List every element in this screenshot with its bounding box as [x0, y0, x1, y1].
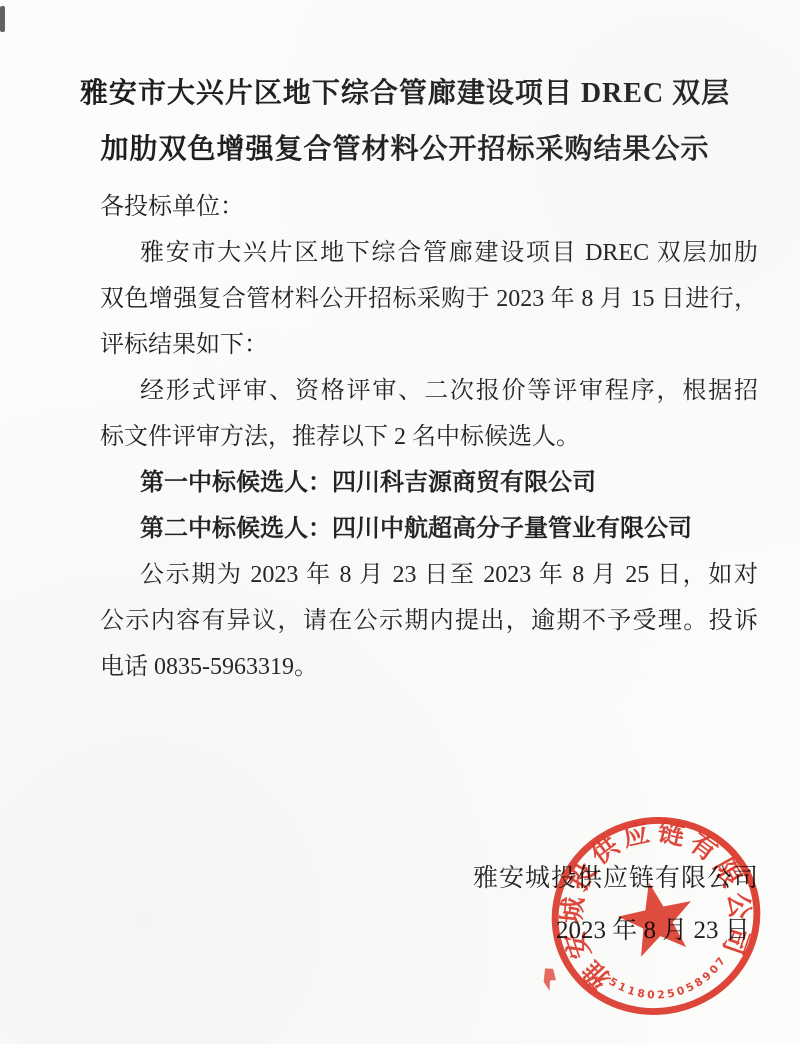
document-title: 雅安市大兴片区地下综合管廊建设项目 DREC 双层 加肋双色增强复合管材料公开招…	[60, 66, 750, 178]
paragraph-line: 雅安市大兴片区地下综合管廊建设项目 DREC 双层加肋	[100, 230, 758, 276]
contact-phone-line: 电话 0835-5963319。	[100, 644, 758, 690]
salutation-line: 各投标单位：	[100, 184, 758, 230]
paragraph-line: 公示期为 2023 年 8 月 23 日至 2023 年 8 月 25 日，如对	[100, 552, 758, 598]
paragraph-line: 标文件评审方法，推荐以下 2 名中标候选人。	[100, 414, 758, 460]
paragraph-line: 经形式评审、资格评审、二次报价等评审程序，根据招	[100, 368, 758, 414]
document-page: 雅安市大兴片区地下综合管廊建设项目 DREC 双层 加肋双色增强复合管材料公开招…	[0, 0, 800, 1044]
document-body: 各投标单位： 雅安市大兴片区地下综合管廊建设项目 DREC 双层加肋 双色增强复…	[100, 184, 758, 690]
paragraph-line: 双色增强复合管材料公开招标采购于 2023 年 8 月 15 日进行，	[100, 276, 758, 322]
second-candidate-line: 第二中标候选人：四川中航超高分子量管业有限公司	[100, 506, 758, 552]
company-seal: 雅安城投供应链有限公司 5118025058907	[524, 787, 788, 1044]
scan-artifact-mark	[0, 6, 5, 32]
paragraph-line: 公示内容有异议，请在公示期内提出，逾期不予受理。投诉	[100, 598, 758, 644]
title-line-1: 雅安市大兴片区地下综合管廊建设项目 DREC 双层	[60, 66, 750, 122]
seal-number: 5118025058907	[605, 951, 736, 1013]
paragraph-line: 评标结果如下：	[100, 322, 758, 368]
seal-star-icon	[612, 875, 700, 960]
title-line-2: 加肋双色增强复合管材料公开招标采购结果公示	[60, 122, 750, 178]
first-candidate-line: 第一中标候选人：四川科吉源商贸有限公司	[100, 460, 758, 506]
